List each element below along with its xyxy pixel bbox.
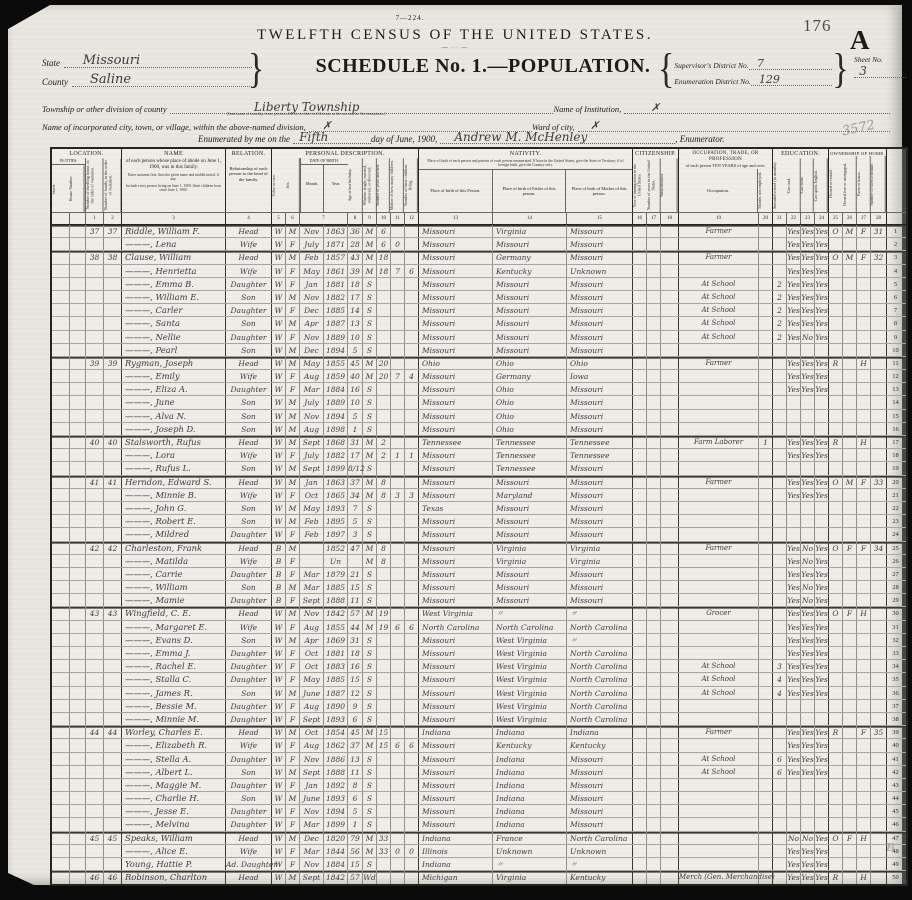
cell [86,673,104,685]
cell [857,265,871,277]
cell [843,594,857,606]
cell: Missouri [567,410,633,422]
census-scan-page: { "form": { "form_number": "7—224.", "ce… [0,0,912,900]
table-row: 4242Charleston, FrankHeadBM185247M8Misso… [52,542,906,555]
cell [829,396,843,408]
cell [871,832,887,844]
cell [871,871,887,884]
cell: Feb [300,251,324,263]
cell: W [272,634,286,646]
table-row: ———, James R.SonWMJune188712SMissouriWes… [52,687,906,700]
cell: ———, June [122,396,226,408]
cell: 7 [348,502,363,514]
cell [70,462,86,474]
column-label: Farm or house. [857,156,871,212]
cell [759,713,773,725]
cell [633,634,647,646]
cell: Ohio [567,357,633,369]
cell [52,515,70,527]
cell [857,238,871,250]
col-group-relation: RELATION.Relationship of each person to … [226,149,272,212]
cell [405,687,419,699]
column-number: 21 [773,213,787,224]
cell: Robinson, Charlton [122,871,226,884]
cell [773,528,787,540]
cell: Yes [787,449,801,461]
cell: S [363,700,377,712]
cell: Yes [815,317,829,329]
cell [52,542,70,554]
cell [86,489,104,501]
cell [829,489,843,501]
cell: Missouri [419,581,493,593]
cell [843,462,857,474]
cell [829,594,843,606]
cell: Yes [815,357,829,369]
cell: 8 [377,489,391,501]
cell [633,726,647,738]
cell [773,555,787,567]
cell [391,726,405,738]
cell: W [272,687,286,699]
cell [52,779,70,791]
cell [405,225,419,237]
cell [405,462,419,474]
cell [70,542,86,554]
cell: Yes [787,621,801,633]
cell [829,805,843,817]
cell [86,502,104,514]
cell: Yes [787,304,801,316]
cell: ———, William E. [122,291,226,303]
row-number: 5 [887,278,904,290]
cell: At School [679,317,759,329]
cell [391,331,405,343]
cell [843,660,857,672]
cell: Missouri [567,396,633,408]
cell: 0 [391,238,405,250]
cell [405,317,419,329]
cell: M [286,792,300,804]
cell: ———, Stalla C. [122,673,226,685]
cell: ———, Stella A. [122,753,226,765]
cell [759,265,773,277]
cell [405,594,419,606]
cell [70,845,86,857]
cell: 17 [348,449,363,461]
cell: Missouri [493,581,567,593]
table-row: ———, Joseph D.SonWMAug18981SMissouriOhio… [52,423,906,436]
cell [871,383,887,395]
cell [843,555,857,567]
cell: North Carolina [419,621,493,633]
cell [86,265,104,277]
cell: 15 [348,673,363,685]
cell [759,238,773,250]
cell [871,753,887,765]
cell: Yes [787,871,801,884]
cell: Missouri [419,818,493,830]
cell [633,805,647,817]
cell: M [363,357,377,369]
cell [759,462,773,474]
cell: Yes [787,673,801,685]
cell [52,673,70,685]
cell [871,489,887,501]
cell [70,779,86,791]
cell: 6 [773,753,787,765]
cell [661,542,679,554]
cell: Missouri [419,225,493,237]
cell [633,528,647,540]
cell: Herndon, Edward S. [122,476,226,488]
cell: 31 [871,225,887,237]
cell [829,304,843,316]
cell [647,542,661,554]
cell [391,792,405,804]
cell [405,792,419,804]
cell [52,581,70,593]
cell: Missouri [567,528,633,540]
cell [52,383,70,395]
table-row: ———, WilliamSonBMMar188515SMissouriMisso… [52,581,906,594]
cell: 44 [104,726,122,738]
cell [391,357,405,369]
cell: ———, Lena [122,238,226,250]
cell [52,805,70,817]
cell: 1820 [324,832,348,844]
cell [633,660,647,672]
cell [405,251,419,263]
cell: 37 [348,739,363,751]
cell: Missouri [419,542,493,554]
cell: 45 [348,357,363,369]
cell: 1894 [324,805,348,817]
cell: Mar [300,845,324,857]
cell: Missouri [419,687,493,699]
cell [633,331,647,343]
cell [647,594,661,606]
cell: M [286,344,300,356]
cell [773,265,787,277]
cell [70,700,86,712]
cell: S [363,462,377,474]
row-number: 20 [887,476,904,488]
table-row: ———, Alice E.WifeWFMar184456M3300Illinoi… [52,845,906,858]
cell [759,779,773,791]
cell: Daughter [226,331,272,343]
cell: Yes [787,291,801,303]
cell: W [272,410,286,422]
cell [759,792,773,804]
cell: Missouri [419,594,493,606]
cell [773,845,787,857]
cell [843,713,857,725]
cell: 20 [377,357,391,369]
cell [52,871,70,884]
cell: Yes [801,291,815,303]
cell [70,476,86,488]
column-label: Can read. [787,158,801,212]
column-number: 20 [759,213,773,224]
cell [86,462,104,474]
cell: 28 [348,238,363,250]
cell: S [363,858,377,870]
cell: 〃 [567,634,633,646]
cell: 0 [391,845,405,857]
cell: 0 [405,845,419,857]
cell: At School [679,331,759,343]
cell: Missouri [567,238,633,250]
cell: 1883 [324,660,348,672]
cell [377,396,391,408]
cell [829,344,843,356]
cell: 1 [405,449,419,461]
cell [871,410,887,422]
cell: 40 [104,436,122,448]
row-number: 9 [887,331,904,343]
cell: W [272,845,286,857]
cell: Yes [801,726,815,738]
cell: Head [226,251,272,263]
cell: 1842 [324,871,348,884]
table-row: ———, MildredDaughterWFFeb18973SMissouriM… [52,528,906,541]
cell [52,331,70,343]
column-number: 11 [391,213,405,224]
cell: F [286,304,300,316]
cell: S [363,753,377,765]
cell: M [286,476,300,488]
cell [843,805,857,817]
col-group-row-number [887,149,904,212]
cell: 1893 [324,713,348,725]
cell [773,832,787,844]
cell: B [272,568,286,580]
cell: S [363,502,377,514]
cell: M [363,607,377,619]
cell: 33 [871,476,887,488]
cell: Mar [300,818,324,830]
cell [871,673,887,685]
cell: Missouri [567,489,633,501]
cell: Missouri [419,634,493,646]
cell [773,449,787,461]
cell [759,766,773,778]
row-number: 50 [887,871,904,884]
cell [773,594,787,606]
cell [52,317,70,329]
form-number: 7—224. [8,14,812,22]
cell: M [363,370,377,382]
cell [405,832,419,844]
cell [391,462,405,474]
cell: Yes [787,370,801,382]
cell [787,502,801,514]
cell: Nov [300,858,324,870]
cell [391,753,405,765]
cell: At School [679,673,759,685]
column-number: 10 [377,213,391,224]
enumeration-label: Enumeration District No. [674,77,750,86]
cell [647,647,661,659]
table-row: ———, Bessie M.DaughterWFAug18909SMissour… [52,700,906,713]
cell: W [272,344,286,356]
group-title: RELATION. [226,149,271,158]
cell: 39 [348,265,363,277]
cell [647,687,661,699]
cell: Missouri [419,462,493,474]
table-row: ———, Margaret E.WifeWFAug185544M1966Nort… [52,621,906,634]
cell: 57 [348,871,363,884]
sheet-letter: A [850,25,870,56]
cell [86,344,104,356]
cell [647,528,661,540]
table-row: 3838Clause, WilliamHeadWMFeb185743M18Mis… [52,251,906,264]
cell: Missouri [419,344,493,356]
cell [759,607,773,619]
cell: 1 [348,423,363,435]
cell: Charleston, Frank [122,542,226,554]
cell [405,647,419,659]
cell: West Virginia [493,687,567,699]
cell [52,568,70,580]
cell [104,489,122,501]
column-number: 27 [857,213,871,224]
cell [391,291,405,303]
cell [86,594,104,606]
cell: 15 [348,858,363,870]
cell [633,647,647,659]
row-number: 23 [887,515,904,527]
cell: Head [226,225,272,237]
cell: Farmer [679,726,759,738]
supervisor-district-row: Supervisor's District No. 7 [674,54,832,70]
cell: W [272,265,286,277]
cell [405,423,419,435]
supervisor-label: Supervisor's District No. [674,61,748,70]
cell [857,423,871,435]
cell [52,396,70,408]
col-group-location: LOCATION.IN CITIES.Street.House Number.N… [52,149,122,212]
cell: Sept [300,462,324,474]
cell [829,568,843,580]
cell: W [272,436,286,448]
cell: Stalsworth, Rufus [122,436,226,448]
cell [405,713,419,725]
cell [871,515,887,527]
cell: Feb [300,515,324,527]
cell: F [286,805,300,817]
table-row: 4040Stalsworth, RufusHeadWMSept186831M2T… [52,436,906,449]
cell: Yes [815,739,829,751]
cell [104,265,122,277]
cell [391,410,405,422]
cell [857,634,871,646]
cell [661,410,679,422]
cell [647,713,661,725]
cell: M [286,871,300,884]
cell [871,687,887,699]
cell: 2 [773,304,787,316]
cell: Missouri [567,818,633,830]
cell [391,766,405,778]
cell [70,251,86,263]
cell [829,713,843,725]
cell: 1844 [324,845,348,857]
cell [759,647,773,659]
cell: Indiana [419,858,493,870]
cell [773,700,787,712]
cell: Indiana [493,779,567,791]
cell: ———, Matilda [122,555,226,567]
cell: 1855 [324,621,348,633]
cell: Yes [815,845,829,857]
cell: Yes [787,858,801,870]
cell: 36 [348,225,363,237]
table-row: 3737Riddle, William F.HeadWMNov186336M6M… [52,225,906,238]
cell [857,779,871,791]
cell [829,700,843,712]
cell [843,581,857,593]
cell: M [843,251,857,263]
cell: West Virginia [493,647,567,659]
cell: Yes [815,436,829,448]
cell: No [801,832,815,844]
cell [843,396,857,408]
cell: Missouri [419,673,493,685]
cell [405,383,419,395]
cell [405,555,419,567]
cell: 41 [86,476,104,488]
cell: West Virginia [493,700,567,712]
cell: Indiana [419,726,493,738]
col-group-citizenship: CITIZENSHIP.Year of immigration to the U… [633,149,679,212]
cell [871,845,887,857]
cell: Head [226,871,272,884]
cell: Yes [815,291,829,303]
cell [759,331,773,343]
cell [70,555,86,567]
cell [661,304,679,316]
cell: F [286,555,300,567]
cell [871,713,887,725]
cell [647,265,661,277]
cell [70,528,86,540]
cell: 31 [348,436,363,448]
cell: 56 [348,845,363,857]
cell: W [272,753,286,765]
cell [104,528,122,540]
cell: F [286,621,300,633]
cell: North Carolina [567,660,633,672]
cell: Yes [815,489,829,501]
cell: ———, Henrietta [122,265,226,277]
cell [633,502,647,514]
cell [405,766,419,778]
cell [679,700,759,712]
cell: ———, Emma J. [122,647,226,659]
cell: Wife [226,449,272,461]
cell: Yes [787,607,801,619]
cell [86,700,104,712]
cell [661,818,679,830]
cell [759,344,773,356]
cell: Missouri [419,476,493,488]
cell: 34 [348,489,363,501]
cell: Missouri [419,331,493,343]
cell [787,818,801,830]
cell [86,396,104,408]
